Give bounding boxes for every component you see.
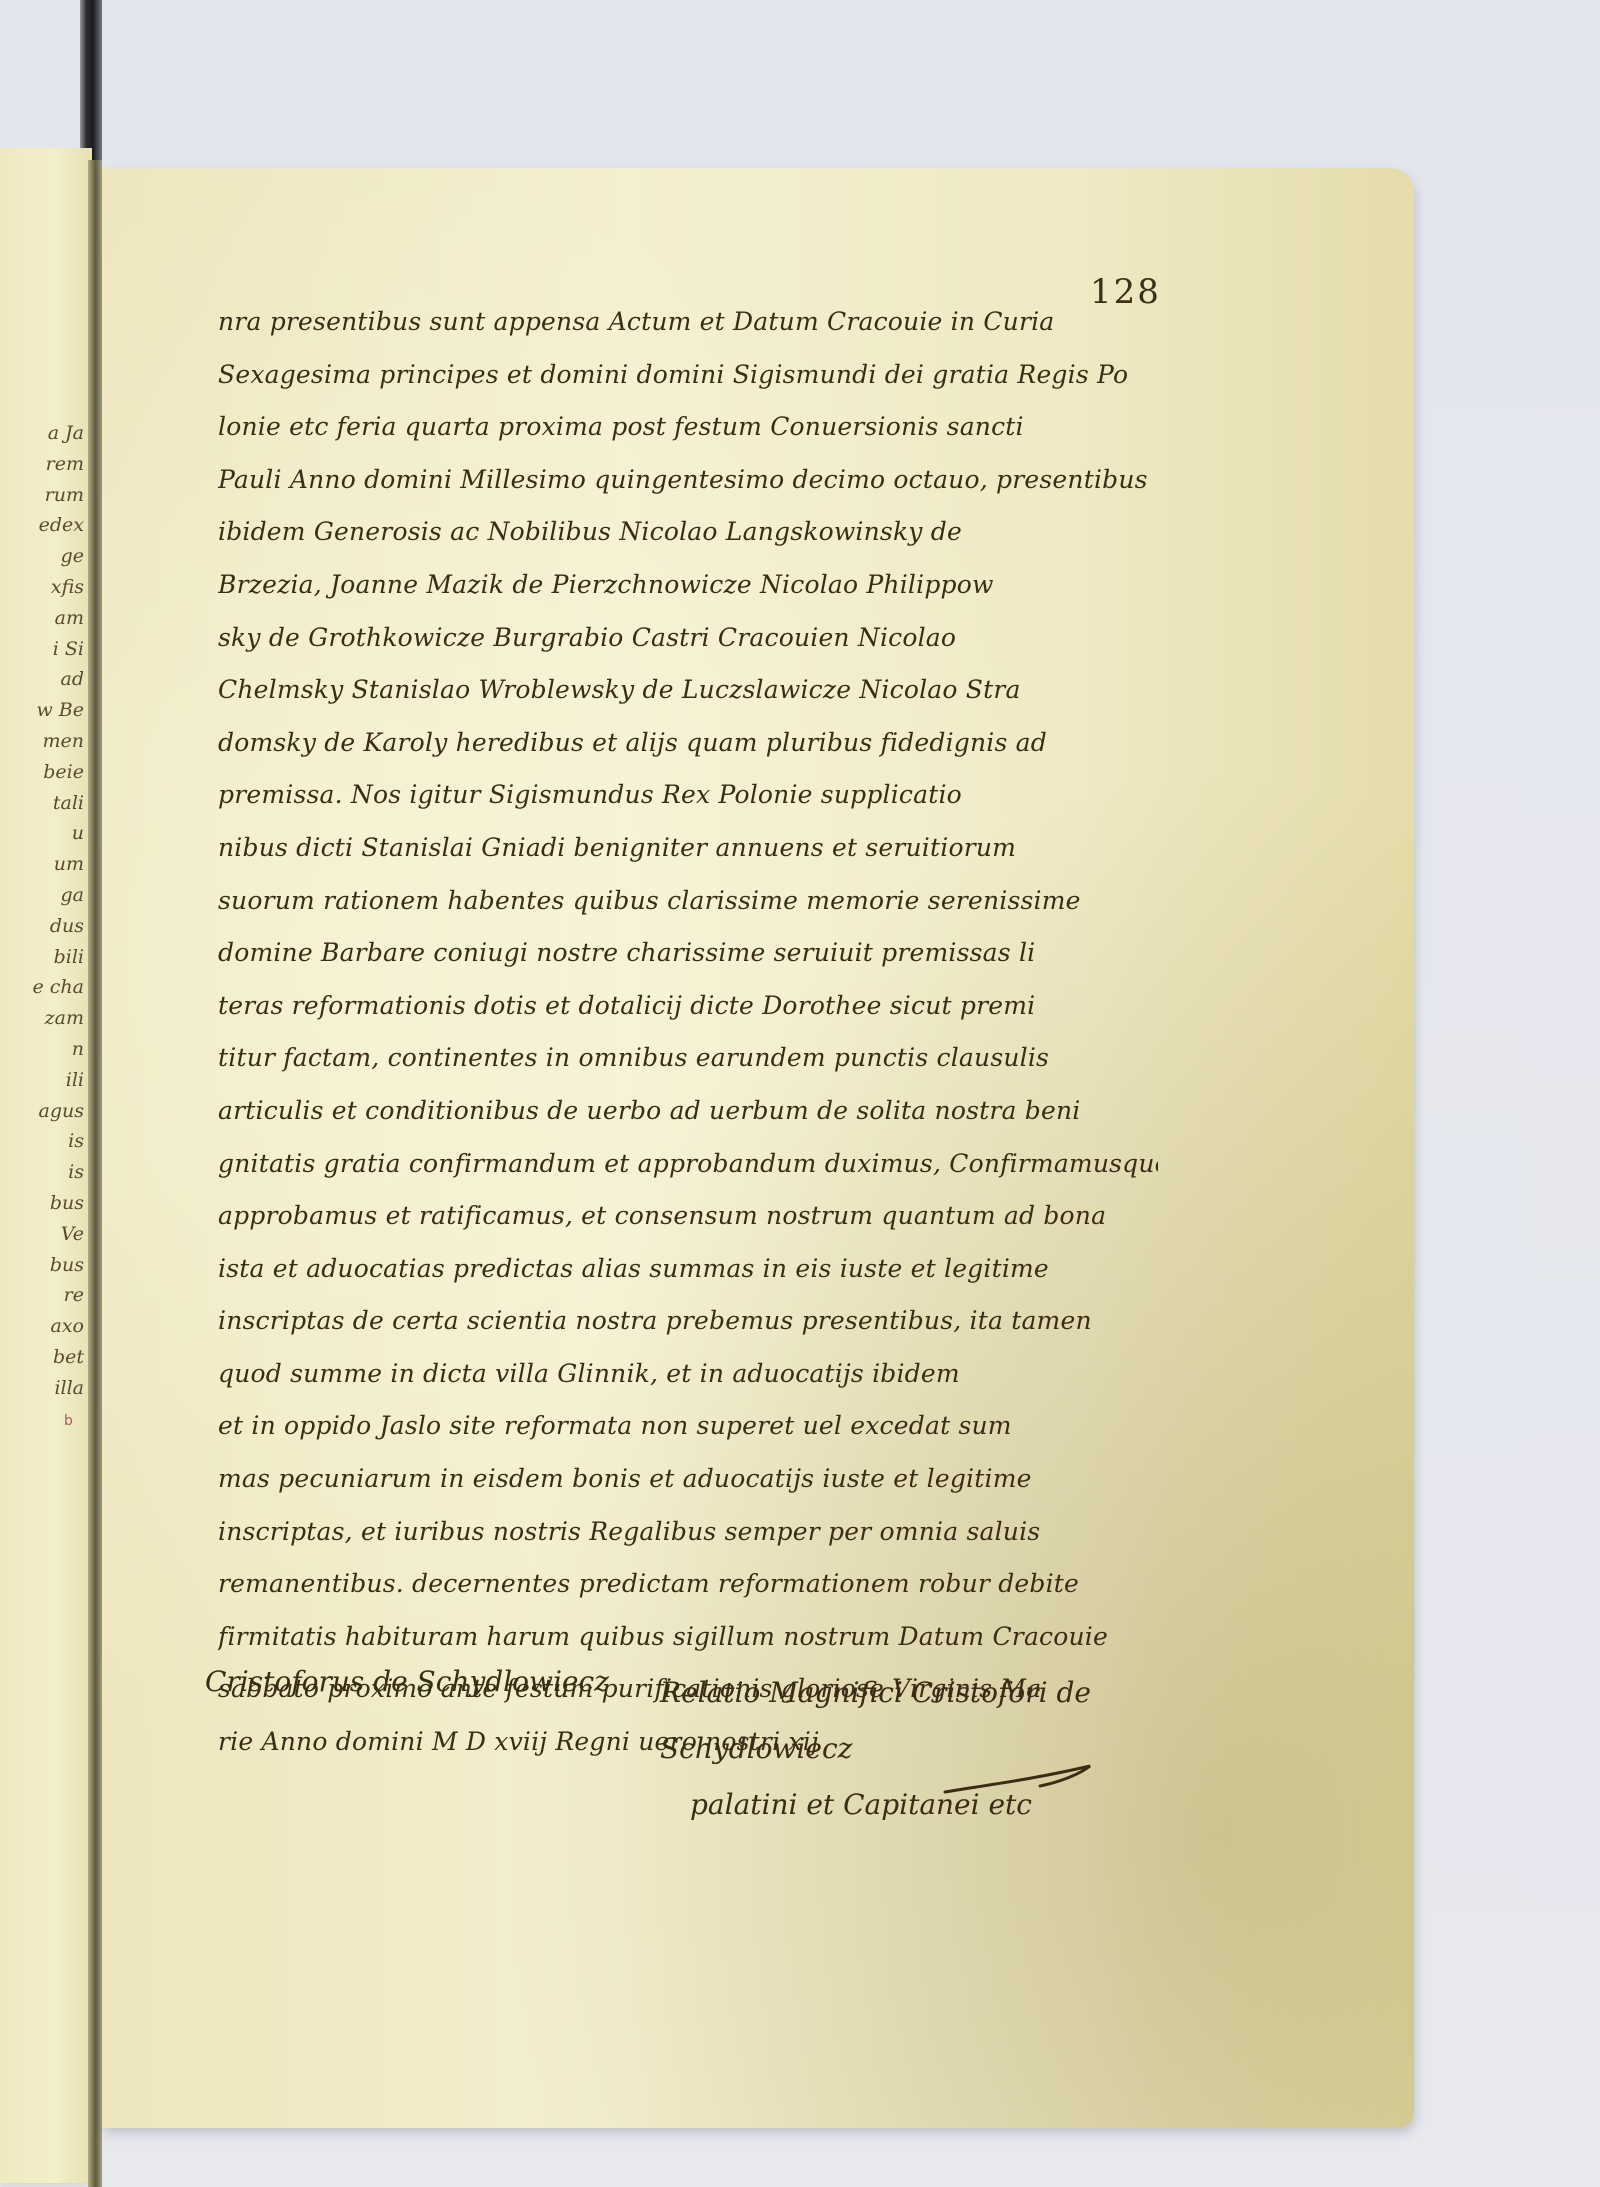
manuscript-line: inscriptas, et iuribus nostris Regalibus…	[218, 1506, 1158, 1559]
manuscript-line: articulis et conditionibus de uerbo ad u…	[218, 1085, 1158, 1138]
verso-fragment: n	[0, 1034, 90, 1065]
manuscript-line: approbamus et ratificamus, et consensum …	[218, 1190, 1158, 1243]
verso-fragment: ili	[0, 1065, 90, 1096]
manuscript-line: titur factam, continentes in omnibus ear…	[218, 1032, 1158, 1085]
verso-fragment: zam	[0, 1003, 90, 1034]
manuscript-line: nibus dicti Stanislai Gniadi benigniter …	[218, 822, 1158, 875]
verso-fragment: am	[0, 603, 90, 634]
verso-fragment: ga	[0, 880, 90, 911]
verso-fragment: men	[0, 726, 90, 757]
verso-fragment: re	[0, 1280, 90, 1311]
verso-fragment: bus	[0, 1188, 90, 1219]
manuscript-line: domine Barbare coniugi nostre charissime…	[218, 927, 1158, 980]
signature-right: Relatio Magnifici Cristofori de Schydlow…	[660, 1665, 1165, 1833]
verso-fragment: ad	[0, 664, 90, 695]
pen-flourish-icon	[940, 1760, 1100, 1800]
verso-fragment: rem	[0, 449, 90, 480]
verso-fragment: um	[0, 849, 90, 880]
verso-text-fragments: a Jaremrumedexgexfisami Siadw Bemenbeiet…	[0, 418, 90, 1404]
manuscript-line: premissa. Nos igitur Sigismundus Rex Pol…	[218, 769, 1158, 822]
manuscript-line: Chelmsky Stanislao Wroblewsky de Luczsla…	[218, 664, 1158, 717]
manuscript-line: gnitatis gratia confirmandum et approban…	[218, 1138, 1158, 1191]
manuscript-line: et in oppido Jaslo site reformata non su…	[218, 1400, 1158, 1453]
verso-fragment: rum	[0, 480, 90, 511]
manuscript-line: sky de Grothkowicze Burgrabio Castri Cra…	[218, 612, 1158, 665]
manuscript-line: lonie etc feria quarta proxima post fest…	[218, 401, 1158, 454]
verso-fragment: w Be	[0, 695, 90, 726]
verso-fragment: u	[0, 818, 90, 849]
manuscript-line: remanentibus. decernentes predictam refo…	[218, 1558, 1158, 1611]
verso-fragment: is	[0, 1126, 90, 1157]
manuscript-line: Brzezia, Joanne Mazik de Pierzchnowicze …	[218, 559, 1158, 612]
verso-fragment: ge	[0, 541, 90, 572]
manuscript-line: teras reformationis dotis et dotalicij d…	[218, 980, 1158, 1033]
verso-fragment: beie	[0, 757, 90, 788]
verso-fragment: i Si	[0, 634, 90, 665]
verso-page-edge: a Jaremrumedexgexfisami Siadw Bemenbeiet…	[0, 148, 92, 2183]
manuscript-line: nra presentibus sunt appensa Actum et Da…	[218, 296, 1158, 349]
verso-fragment: bili	[0, 942, 90, 973]
manuscript-line: domsky de Karoly heredibus et alijs quam…	[218, 717, 1158, 770]
manuscript-line: inscriptas de certa scientia nostra preb…	[218, 1295, 1158, 1348]
verso-fragment: Ve	[0, 1219, 90, 1250]
manuscript-line: mas pecuniarum in eisdem bonis et aduoca…	[218, 1453, 1158, 1506]
verso-fragment: agus	[0, 1096, 90, 1127]
gutter-fold	[88, 160, 102, 2187]
verso-fragment: bet	[0, 1342, 90, 1373]
verso-fragment: a Ja	[0, 418, 90, 449]
manuscript-line: ibidem Generosis ac Nobilibus Nicolao La…	[218, 506, 1158, 559]
manuscript-line: firmitatis habituram harum quibus sigill…	[218, 1611, 1158, 1664]
verso-fragment: illa	[0, 1373, 90, 1404]
verso-fragment: e cha	[0, 972, 90, 1003]
scan-scene: a Jaremrumedexgexfisami Siadw Bemenbeiet…	[0, 0, 1600, 2187]
red-marginal-mark: b	[64, 1413, 73, 1429]
verso-fragment: bus	[0, 1250, 90, 1281]
verso-fragment: is	[0, 1157, 90, 1188]
manuscript-line: ista et aduocatias predictas alias summa…	[218, 1243, 1158, 1296]
signature-left: Cristoforus de Schydlowiecz	[205, 1665, 609, 1698]
manuscript-line: Pauli Anno domini Millesimo quingentesim…	[218, 454, 1158, 507]
manuscript-line: suorum rationem habentes quibus clarissi…	[218, 875, 1158, 928]
book-binding-spine	[80, 0, 102, 170]
manuscript-line: quod summe in dicta villa Glinnik, et in…	[218, 1348, 1158, 1401]
verso-fragment: edex	[0, 510, 90, 541]
verso-fragment: dus	[0, 911, 90, 942]
verso-fragment: axo	[0, 1311, 90, 1342]
verso-fragment: xfis	[0, 572, 90, 603]
verso-fragment: tali	[0, 788, 90, 819]
manuscript-text-block: nra presentibus sunt appensa Actum et Da…	[218, 296, 1158, 1769]
manuscript-line: Sexagesima principes et domini domini Si…	[218, 349, 1158, 402]
